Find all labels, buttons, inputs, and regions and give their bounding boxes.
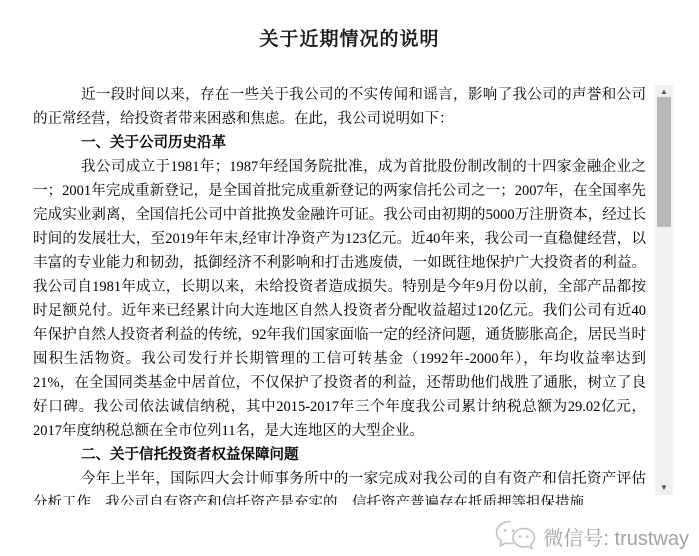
paragraph-investor-protection: 今年上半年，国际四大会计师事务所中的一家完成对我公司的自有资产和信托资产评估分析… (33, 467, 646, 505)
page-title: 关于近期情况的说明 (0, 24, 699, 51)
wechat-id-label: 微信号: trustway (543, 522, 689, 551)
wechat-watermark: 微信号: trustway (494, 518, 689, 554)
section-heading-2: 二、关于信托投资者权益保障问题 (33, 443, 646, 467)
wechat-icon (494, 519, 536, 553)
scrollbar-thumb[interactable] (657, 97, 671, 227)
section-heading-1: 一、关于公司历史沿革 (33, 131, 646, 155)
vertical-scrollbar[interactable]: ▲ ▼ (655, 85, 673, 495)
scroll-down-arrow-icon[interactable]: ▼ (655, 481, 673, 495)
document-body: 近一段时间以来，存在一些关于我公司的不实传闻和谣言，影响了我公司的声誉和公司的正… (33, 83, 646, 505)
paragraph-history: 我公司成立于1981年；1987年经国务院批准，成为首批股份制改制的十四家金融企… (33, 155, 646, 443)
paragraph-intro: 近一段时间以来，存在一些关于我公司的不实传闻和谣言，影响了我公司的声誉和公司的正… (33, 83, 646, 131)
